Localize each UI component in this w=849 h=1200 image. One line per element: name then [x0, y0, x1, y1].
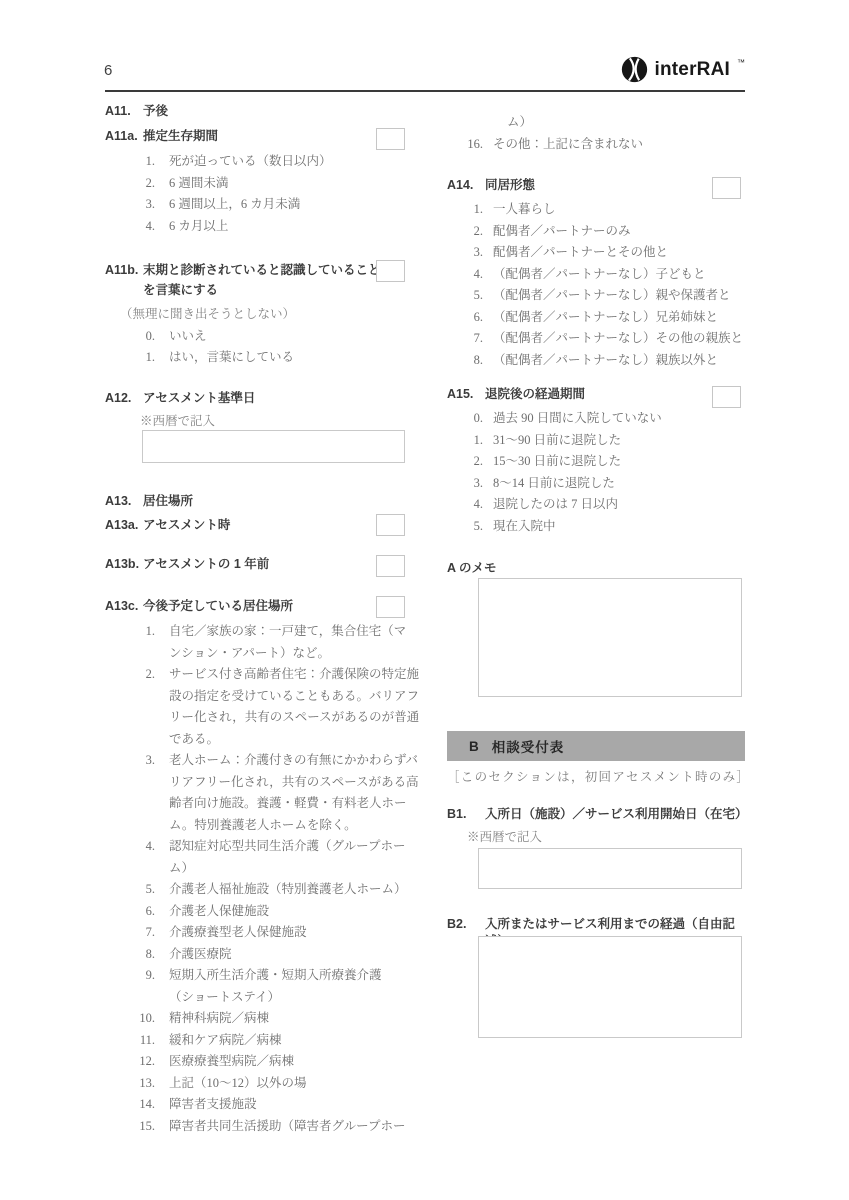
a13c-option-2: 2.サービス付き高齢者住宅：介護保険の特定施 設の指定を受けていることもある。バ…	[105, 664, 420, 750]
section-title: 末期と診断されていると認識していること を言葉にする	[143, 260, 381, 300]
a13c-option-16: 16.その他：上記に含まれない	[447, 134, 745, 156]
a11a-option-1: 1.死が迫っている（数日以内）	[105, 151, 420, 173]
section-id: A14.	[447, 177, 485, 194]
section-a13: A13. 居住場所	[105, 493, 420, 510]
a15-option-1: 1.31〜90 日前に退院した	[447, 430, 745, 452]
section-title: アセスメント基準日	[143, 390, 255, 407]
section-a13c-header: A13c. 今後予定している居住場所	[105, 598, 420, 615]
a15-option-0: 0.過去 90 日間に入院していない	[447, 408, 745, 430]
page-number: 6	[104, 62, 112, 79]
brand-name: interRAI	[655, 59, 731, 81]
section-id: B1.	[447, 806, 485, 823]
a15-option-3: 3.8〜14 日前に退院した	[447, 473, 745, 495]
section-a13a-header: A13a. アセスメント時	[105, 517, 420, 534]
memo-a-label: A のメモ	[447, 558, 497, 576]
header-divider	[105, 90, 745, 92]
a11b-option-1: 1.はい，言葉にしている	[105, 347, 420, 369]
a13c-code-checkbox[interactable]	[376, 596, 405, 618]
a11b-options: 0.いいえ 1.はい，言葉にしている	[105, 326, 420, 369]
a13c-option-12: 12.医療療養型病院／病棟	[105, 1051, 420, 1073]
a13b-code-checkbox[interactable]	[376, 555, 405, 577]
a11a-option-4: 4.6 カ月以上	[105, 216, 420, 238]
a13c-option-10: 10.精神科病院／病棟	[105, 1008, 420, 1030]
a14-option-7: 7.（配偶者／パートナーなし）その他の親族と	[447, 328, 745, 350]
a13c-option-9: 9.短期入所生活介護・短期入所療養介護 （ショートステイ）	[105, 965, 420, 1008]
section-title: 入所日（施設）／サービス利用開始日（在宅）	[485, 806, 745, 823]
section-title: 推定生存期間	[143, 128, 218, 145]
section-id: A13.	[105, 493, 143, 510]
section-a11b-header: A11b. 末期と診断されていると認識していること を言葉にする	[105, 260, 420, 300]
section-b1-header: B1. 入所日（施設）／サービス利用開始日（在宅）	[447, 806, 745, 823]
section-title: アセスメント時	[143, 517, 230, 534]
section-id: A13a.	[105, 517, 143, 534]
a14-option-8: 8.（配偶者／パートナーなし）親族以外と	[447, 350, 745, 372]
a13c-option-6: 6.介護老人保健施設	[105, 901, 420, 923]
section-a12: A12. アセスメント基準日 ※西暦で記入	[105, 390, 420, 433]
a13c-option-1: 1.自宅／家族の家：一戸建て，集合住宅（マ ンション・アパート）など。	[105, 621, 420, 664]
section-a13-header: A13. 居住場所	[105, 493, 420, 510]
a15-options: 0.過去 90 日間に入院していない 1.31〜90 日前に退院した 2.15〜…	[447, 408, 745, 537]
b1-date-input[interactable]	[478, 848, 742, 889]
a13c-option-16-row: 16.その他：上記に含まれない	[447, 134, 745, 156]
a13c-options: 1.自宅／家族の家：一戸建て，集合住宅（マ ンション・アパート）など。 2.サー…	[105, 621, 420, 1137]
a13c-option-5: 5.介護老人福祉施設（特別養護老人ホーム）	[105, 879, 420, 901]
memo-a-box[interactable]	[478, 578, 742, 697]
a13c-option-3: 3.老人ホーム：介護付きの有無にかかわらずバ リアフリー化され，共有のスペースが…	[105, 750, 420, 836]
a14-option-2: 2.配偶者／パートナーのみ	[447, 221, 745, 243]
section-title: 居住場所	[143, 493, 193, 510]
a12-date-input[interactable]	[142, 430, 405, 463]
a13c-option-11: 11.緩和ケア病院／病棟	[105, 1030, 420, 1052]
section-b-id: B	[469, 739, 479, 754]
section-a14: A14. 同居形態 1.一人暮らし 2.配偶者／パートナーのみ 3.配偶者／パー…	[447, 177, 745, 371]
section-id: A12.	[105, 390, 143, 407]
a13c-option-14: 14.障害者支援施設	[105, 1094, 420, 1116]
section-id: A11a.	[105, 128, 143, 145]
a14-options: 1.一人暮らし 2.配偶者／パートナーのみ 3.配偶者／パートナーとその他と 4…	[447, 199, 745, 371]
b1-note: ※西暦で記入	[467, 827, 745, 849]
section-a11: A11. 予後	[105, 103, 420, 120]
brand: interRAI ™	[621, 56, 746, 83]
a11b-note: （無理に聞き出そうとしない）	[120, 304, 420, 326]
section-a15-header: A15. 退院後の経過期間	[447, 386, 745, 403]
a14-option-6: 6.（配偶者／パートナーなし）兄弟姉妹と	[447, 307, 745, 329]
a13c-option-13: 13.上記（10〜12）以外の場	[105, 1073, 420, 1095]
section-title: 予後	[143, 103, 168, 120]
brand-trademark: ™	[737, 58, 745, 67]
section-b1: B1. 入所日（施設）／サービス利用開始日（在宅） ※西暦で記入	[447, 806, 745, 849]
section-id: A15.	[447, 386, 485, 403]
a13c-option-4: 4.認知症対応型共同生活介護（グループホーム）	[105, 836, 420, 879]
a14-option-1: 1.一人暮らし	[447, 199, 745, 221]
section-a13b: A13b. アセスメントの 1 年前	[105, 556, 420, 573]
section-a13b-header: A13b. アセスメントの 1 年前	[105, 556, 420, 573]
section-a15: A15. 退院後の経過期間 0.過去 90 日間に入院していない 1.31〜90…	[447, 386, 745, 537]
a11b-code-checkbox[interactable]	[376, 260, 405, 282]
section-a14-header: A14. 同居形態	[447, 177, 745, 194]
interrai-globe-icon	[621, 56, 648, 83]
a11a-options: 1.死が迫っている（数日以内） 2.6 週間未満 3.6 週間以上，6 カ月未満…	[105, 151, 420, 237]
a15-option-4: 4.退院したのは 7 日以内	[447, 494, 745, 516]
section-b-note: ［このセクションは，初回アセスメント時のみ］	[447, 768, 745, 786]
a14-option-4: 4.（配偶者／パートナーなし）子どもと	[447, 264, 745, 286]
section-a11a-header: A11a. 推定生存期間	[105, 128, 420, 145]
a14-option-5: 5.（配偶者／パートナーなし）親や保護者と	[447, 285, 745, 307]
form-page: 6 interRAI ™ A11. 予後 A11a. 推定生存期間 1.死が迫っ…	[0, 0, 849, 1200]
section-a11-header: A11. 予後	[105, 103, 420, 120]
section-b-bar: B 相談受付表	[447, 731, 745, 761]
a13c-option-8: 8.介護医療院	[105, 944, 420, 966]
section-a11a: A11a. 推定生存期間 1.死が迫っている（数日以内） 2.6 週間未満 3.…	[105, 128, 420, 237]
section-id: A13b.	[105, 556, 143, 573]
section-a13a: A13a. アセスメント時	[105, 517, 420, 534]
a14-code-checkbox[interactable]	[712, 177, 741, 199]
section-title: 退院後の経過期間	[485, 386, 585, 403]
section-a13c: A13c. 今後予定している居住場所 1.自宅／家族の家：一戸建て，集合住宅（マ…	[105, 598, 420, 1137]
section-a11b: A11b. 末期と診断されていると認識していること を言葉にする （無理に聞き出…	[105, 260, 420, 369]
section-a12-header: A12. アセスメント基準日	[105, 390, 420, 407]
a13c-option-15-continuation: ム）	[507, 112, 532, 134]
section-title: 今後予定している居住場所	[143, 598, 293, 615]
a15-option-5: 5.現在入院中	[447, 516, 745, 538]
a11a-option-3: 3.6 週間以上，6 カ月未満	[105, 194, 420, 216]
a13a-code-checkbox[interactable]	[376, 514, 405, 536]
a15-code-checkbox[interactable]	[712, 386, 741, 408]
section-title: 同居形態	[485, 177, 535, 194]
a11b-option-0: 0.いいえ	[105, 326, 420, 348]
a13c-option-7: 7.介護療養型老人保健施設	[105, 922, 420, 944]
section-title: アセスメントの 1 年前	[143, 556, 269, 573]
a14-option-3: 3.配偶者／パートナーとその他と	[447, 242, 745, 264]
b2-freetext-box[interactable]	[478, 936, 742, 1038]
section-id: A11b.	[105, 260, 143, 300]
section-id: A11.	[105, 103, 143, 120]
a11a-option-2: 2.6 週間未満	[105, 173, 420, 195]
a13c-option-15: 15.障害者共同生活援助（障害者グループホー	[105, 1116, 420, 1138]
a15-option-2: 2.15〜30 日前に退院した	[447, 451, 745, 473]
section-b-title: 相談受付表	[492, 736, 565, 756]
a11a-code-checkbox[interactable]	[376, 128, 405, 150]
section-id: A13c.	[105, 598, 143, 615]
